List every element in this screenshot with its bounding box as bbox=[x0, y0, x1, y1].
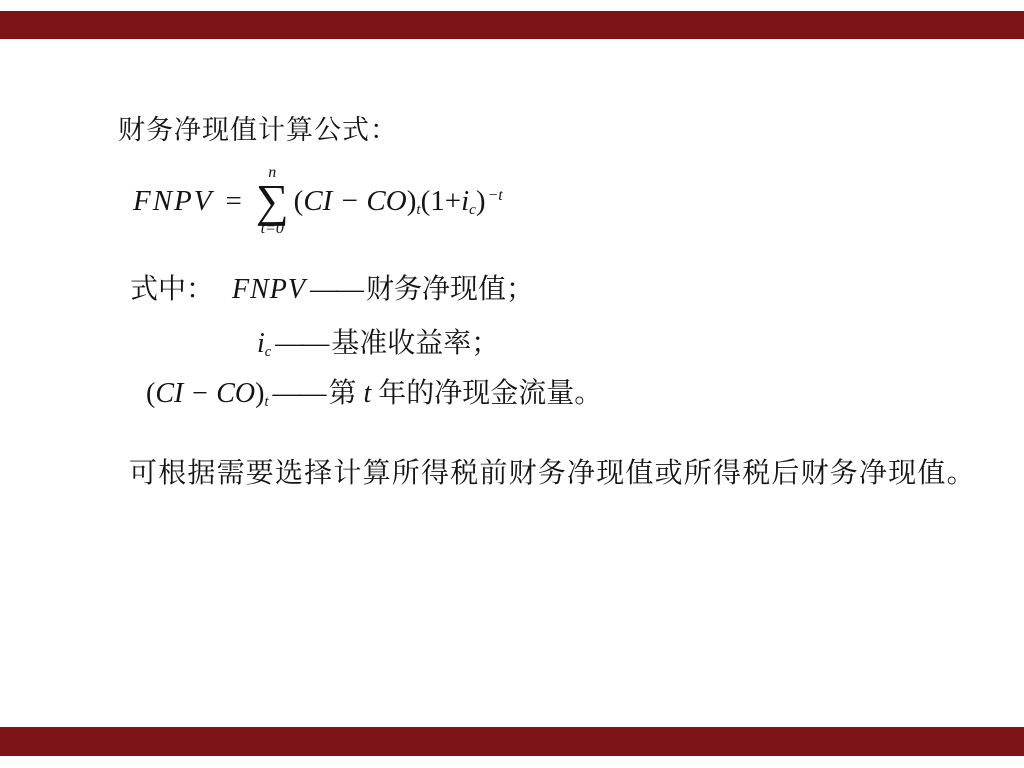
slide-title: 财务净现值计算公式： bbox=[118, 108, 398, 147]
summation: n ∑ t=0 bbox=[256, 165, 289, 237]
equals-sign: = bbox=[226, 185, 242, 218]
discount-term: (1+ic)−t bbox=[421, 185, 503, 218]
discount-open: (1+ bbox=[421, 185, 462, 217]
definition-dash: —— bbox=[310, 274, 362, 305]
sigma-symbol: ∑ bbox=[256, 181, 289, 221]
fnpv-description: 财务净现值； bbox=[366, 274, 534, 305]
discount-rate-subscript: c bbox=[469, 202, 476, 218]
cashflow-subscript: t bbox=[264, 394, 268, 410]
sum-lower-limit: t=0 bbox=[261, 221, 284, 237]
ic-description: 基准收益率； bbox=[331, 328, 499, 359]
top-accent-bar bbox=[0, 11, 1024, 39]
cashflow-vars: CI − CO bbox=[303, 185, 406, 217]
fnpv-formula: FNPV = n ∑ t=0 (CI − CO)t (1+ic)−t bbox=[133, 157, 503, 245]
cashflow-open-paren: ( bbox=[294, 185, 304, 217]
definition-dash: —— bbox=[275, 328, 327, 359]
ic-subscript: c bbox=[265, 344, 271, 360]
discount-close-paren: ) bbox=[476, 185, 486, 217]
where-label: 式中： bbox=[130, 274, 214, 305]
cashflow-close-paren: ) bbox=[407, 185, 417, 217]
discount-rate-var: i bbox=[461, 185, 469, 217]
cashflow-desc-post: 年的净现金流量。 bbox=[378, 378, 602, 409]
cashflow-vars: CI − CO bbox=[155, 378, 255, 409]
cashflow-open-paren: ( bbox=[146, 378, 155, 409]
ic-symbol: i bbox=[257, 328, 265, 359]
formula-lhs: FNPV bbox=[133, 185, 214, 218]
definition-line-fnpv: 式中：FNPV——财务净现值； bbox=[130, 267, 534, 307]
definition-line-cashflow: (CI − CO)t——第t年的净现金流量。 bbox=[146, 371, 602, 411]
discount-exponent: −t bbox=[488, 187, 503, 204]
bottom-accent-bar bbox=[0, 727, 1024, 756]
note-text: 可根据需要选择计算所得税前财务净现值或所得税后财务净现值。 bbox=[129, 451, 976, 491]
cashflow-desc-pre: 第 bbox=[329, 378, 357, 409]
fnpv-symbol: FNPV bbox=[232, 274, 306, 305]
cashflow-term: (CI − CO)t bbox=[294, 185, 421, 218]
definition-line-ic: ic——基准收益率； bbox=[257, 321, 499, 361]
year-t-var: t bbox=[364, 378, 372, 409]
definition-dash: —— bbox=[273, 378, 325, 409]
slide-canvas: 财务净现值计算公式： FNPV = n ∑ t=0 (CI − CO)t (1+… bbox=[0, 0, 1024, 768]
